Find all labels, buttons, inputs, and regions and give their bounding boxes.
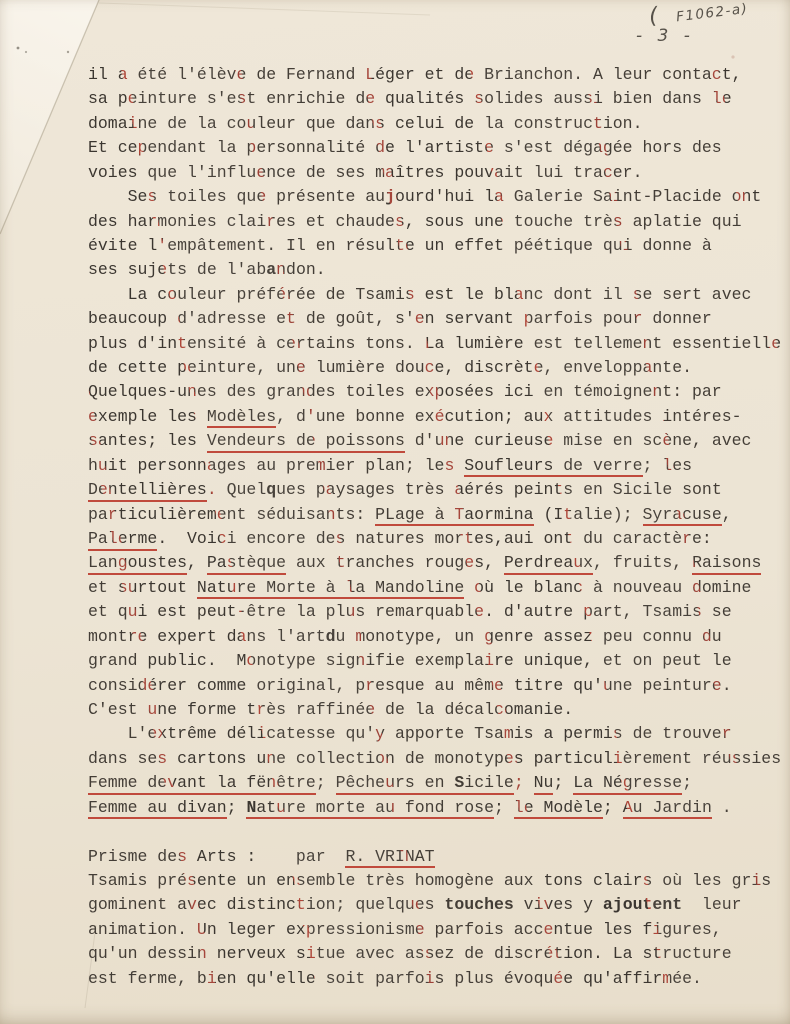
text-run: u monotype, un genre assez peu connu du	[336, 627, 722, 646]
overtyped-text: d	[326, 627, 336, 646]
overtyped-text: j	[385, 187, 395, 206]
typed-line: Prisme des Arts : par R. VRINAT	[88, 845, 786, 869]
text-run: et surtout	[88, 578, 197, 597]
typed-line: Quelques-unes des grandes toiles exposée…	[88, 380, 786, 404]
underlined-title: Raisons	[692, 553, 761, 575]
overtyped-text: touches	[444, 895, 513, 914]
text-run: exemple les	[88, 407, 207, 426]
underlined-title: Nu	[534, 773, 554, 795]
overtyped-text: a	[266, 260, 276, 279]
text-run: C'est une forme très raffinée de la déca…	[88, 700, 573, 719]
text-run: ues paysages très aérés peints en Sicile…	[276, 480, 722, 499]
text-run: ses sujets de l'ab	[88, 260, 266, 279]
text-run: , fruits,	[593, 553, 692, 572]
underlined-title: Soufleurs de verre	[464, 456, 642, 478]
underlined-title: Perdreaux	[504, 553, 593, 575]
underlined-title: le Modèle	[514, 798, 603, 820]
text-run: des harmonies claires et chaudes, sous u…	[88, 212, 742, 231]
typed-line: beaucoup d'adresse et de goût, s'en serv…	[88, 307, 786, 331]
text-run: Prisme des Arts : par	[88, 847, 345, 866]
text-run: il a été l'élève de Fernand Léger et de …	[88, 65, 742, 84]
text-run: ourd'hui la Galerie Saint-Placide ont	[395, 187, 761, 206]
typed-text: il a été l'élève de Fernand Léger et de …	[88, 63, 786, 991]
typed-line: Tsamis présente un ensemble très homogèn…	[88, 869, 786, 893]
text-run: ;	[227, 798, 247, 817]
typed-line: plus d'intensité à certains tons. La lum…	[88, 332, 786, 356]
typed-line: exemple les Modèles, d'une bonne exécuti…	[88, 405, 786, 429]
underlined-title: icile	[464, 773, 514, 795]
text-run: évite l'empâtement. Il en résulte un eff…	[88, 236, 712, 255]
underlined-title: N	[246, 798, 256, 820]
text-run: Ses toiles que présente au	[88, 187, 385, 206]
text-run: dans ses cartons une collection de monot…	[88, 749, 781, 768]
underlined-title: Pastèque	[207, 553, 286, 575]
underlined-title: Modèles	[207, 407, 276, 429]
text-run: La couleur préférée de Tsamis est le bla…	[88, 285, 751, 304]
underlined-title: Vendeurs de poissons	[207, 431, 405, 453]
text-run: montre expert dans l'art	[88, 627, 326, 646]
typed-line: est ferme, bien qu'elle soit parfois plu…	[88, 967, 786, 991]
text-run: et qui est peut-être la plus remarquable…	[88, 602, 732, 621]
typed-line: de cette peinture, une lumière douce, di…	[88, 356, 786, 380]
text-run: est ferme, bien qu'elle soit parfois plu…	[88, 969, 702, 988]
typed-line: L'extrême délicatesse qu'y apporte Tsami…	[88, 722, 786, 746]
typed-line: et qui est peut-être la plus remarquable…	[88, 600, 786, 624]
text-run: santes; les	[88, 431, 207, 450]
underlined-title: Langoustes	[88, 553, 187, 575]
typed-line: particulièrement séduisants: PLage à Tao…	[88, 503, 786, 527]
typed-line: Palerme. Voici encore des natures mortes…	[88, 527, 786, 551]
underlined-title: Palerme	[88, 529, 157, 551]
underlined-title: Au Jardin	[623, 798, 712, 820]
typed-line: gominent avec distinction; quelques touc…	[88, 893, 786, 917]
typed-line: voies que l'influence de ses maîtres pou…	[88, 161, 786, 185]
typed-line: considérer comme original, presque au mê…	[88, 674, 786, 698]
text-run: . Voici encore des natures mortes,aui on…	[157, 529, 712, 548]
text-run: voies que l'influence de ses maîtres pou…	[88, 163, 643, 182]
underlined-title: ature morte au fond rose	[256, 798, 494, 820]
text-run: sa peinture s'est enrichie de qualités s…	[88, 89, 732, 108]
underlined-title: Syracuse	[643, 505, 722, 527]
text-run: ;	[494, 798, 514, 817]
typed-line: sa peinture s'est enrichie de qualités s…	[88, 87, 786, 111]
typed-line: La couleur préférée de Tsamis est le bla…	[88, 283, 786, 307]
typed-line: Femme au divan; Nature morte au fond ros…	[88, 796, 786, 820]
typed-line: montre expert dans l'artdu monotype, un …	[88, 625, 786, 649]
text-run: ;	[603, 798, 623, 817]
text-run: d'une curieuse mise en scène, avec	[405, 431, 752, 450]
typed-line: domaine de la couleur que dans celui de …	[88, 112, 786, 136]
text-run: huit personnages au premier plan; les	[88, 456, 464, 475]
typed-line: évite l'empâtement. Il en résulte un eff…	[88, 234, 786, 258]
underlined-title: Femme au divan	[88, 798, 227, 820]
text-run: de cette peinture, une lumière douce, di…	[88, 358, 692, 377]
text-run: domaine de la couleur que dans celui de …	[88, 114, 643, 133]
text-run: aux tranches rouges,	[286, 553, 504, 572]
typed-line: Femme devant la fënêtre; Pêcheurs en Sic…	[88, 771, 786, 795]
text-run: particulièrement séduisants:	[88, 505, 375, 524]
text-run: animation. Un leger expressionisme parfo…	[88, 920, 722, 939]
text-run: ;	[553, 773, 573, 792]
text-run: leur	[682, 895, 741, 914]
overtyped-text: ajoutent	[603, 895, 682, 914]
text-run: beaucoup d'adresse et de goût, s'en serv…	[88, 309, 712, 328]
underlined-title: Femme devant la fënêtre	[88, 773, 316, 795]
typed-line	[88, 820, 786, 844]
document-page: ( F1062-a) - 3 - il a été l'élève de Fer…	[0, 0, 790, 1024]
text-run: considérer comme original, presque au mê…	[88, 676, 732, 695]
typed-line: huit personnages au premier plan; les So…	[88, 454, 786, 478]
text-run: plus d'intensité à certains tons. La lum…	[88, 334, 781, 353]
overtyped-text: q	[266, 480, 276, 499]
pencil-reference-code: F1062-a)	[675, 1, 749, 26]
typed-line: C'est une forme très raffinée de la déca…	[88, 698, 786, 722]
text-run: qu'un dessin nerveux situe avec assez de…	[88, 944, 732, 963]
text-run: ndon.	[276, 260, 326, 279]
underlined-title: Pêcheurs en	[336, 773, 455, 795]
text-run: , d'une bonne exécution; aux attitudes i…	[276, 407, 741, 426]
page-number: - 3 -	[636, 26, 695, 46]
text-run: vives y	[514, 895, 603, 914]
typed-line: dans ses cartons une collection de monot…	[88, 747, 786, 771]
underlined-title: S	[454, 773, 464, 795]
text-run: grand public. Monotype signifie exemplai…	[88, 651, 732, 670]
text-run: gominent avec distinction; quelques	[88, 895, 444, 914]
text-run: ;	[682, 773, 692, 792]
text-run: ,	[187, 553, 207, 572]
text-run: L'extrême délicatesse qu'y apporte Tsami…	[88, 724, 732, 743]
underlined-title: Dentellières	[88, 480, 207, 502]
text-run: Et cependant la personnalité de l'artist…	[88, 138, 722, 157]
typed-line: grand public. Monotype signifie exemplai…	[88, 649, 786, 673]
text-run: où le blanc à nouveau domine	[464, 578, 751, 597]
typed-line: Dentellières. Quelques paysages très aér…	[88, 478, 786, 502]
text-run: ; les	[643, 456, 693, 475]
typed-line: santes; les Vendeurs de poissons d'une c…	[88, 429, 786, 453]
text-run: . Quel	[207, 480, 266, 499]
typed-line: et surtout Nature Morte à la Mandoline o…	[88, 576, 786, 600]
typed-line: Et cependant la personnalité de l'artist…	[88, 136, 786, 160]
underlined-title: Nature Morte à la Mandoline	[197, 578, 464, 600]
typed-line: il a été l'élève de Fernand Léger et de …	[88, 63, 786, 87]
text-run: .	[712, 798, 732, 817]
underlined-title: La Négresse	[573, 773, 682, 795]
typed-line: ses sujets de l'abandon.	[88, 258, 786, 282]
text-run: ;	[316, 773, 336, 792]
underlined-title: R. VRINAT	[345, 847, 434, 869]
underlined-title: PLage à Taormina	[375, 505, 533, 527]
typed-line: qu'un dessin nerveux situe avec assez de…	[88, 942, 786, 966]
typed-line: animation. Un leger expressionisme parfo…	[88, 918, 786, 942]
text-run: (Italie);	[534, 505, 643, 524]
typed-line: des harmonies claires et chaudes, sous u…	[88, 210, 786, 234]
text-run: ,	[722, 505, 732, 524]
typed-line: Ses toiles que présente aujourd'hui la G…	[88, 185, 786, 209]
typed-line: Langoustes, Pastèque aux tranches rouges…	[88, 551, 786, 575]
text-run: Quelques-unes des grandes toiles exposée…	[88, 382, 722, 401]
text-run: ;	[514, 773, 534, 792]
text-run: Tsamis présente un ensemble très homogèn…	[88, 871, 771, 890]
